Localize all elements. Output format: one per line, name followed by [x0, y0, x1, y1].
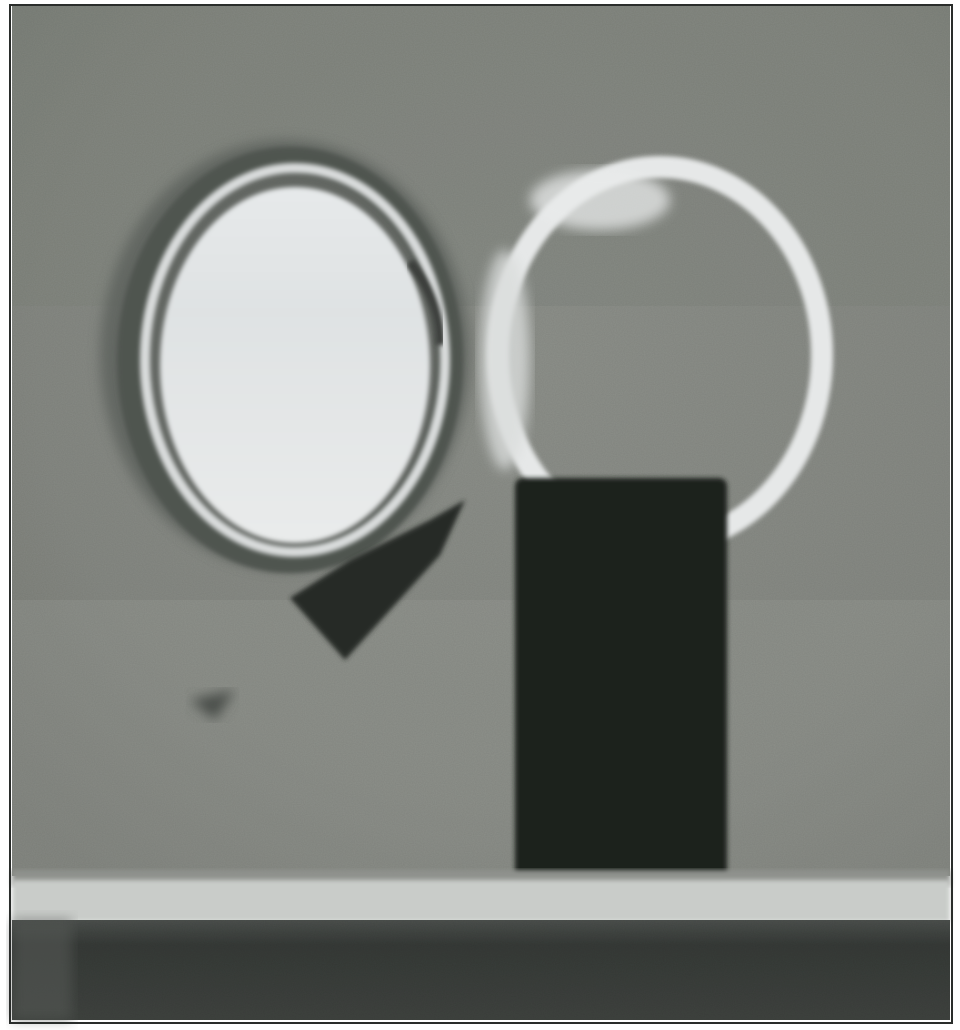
- ledge: [12, 870, 950, 922]
- mirror-oval: [160, 187, 430, 543]
- base: [12, 920, 950, 1020]
- left-ring: [100, 140, 470, 570]
- photo-canvas: [0, 0, 960, 1030]
- dark-block: [515, 478, 727, 882]
